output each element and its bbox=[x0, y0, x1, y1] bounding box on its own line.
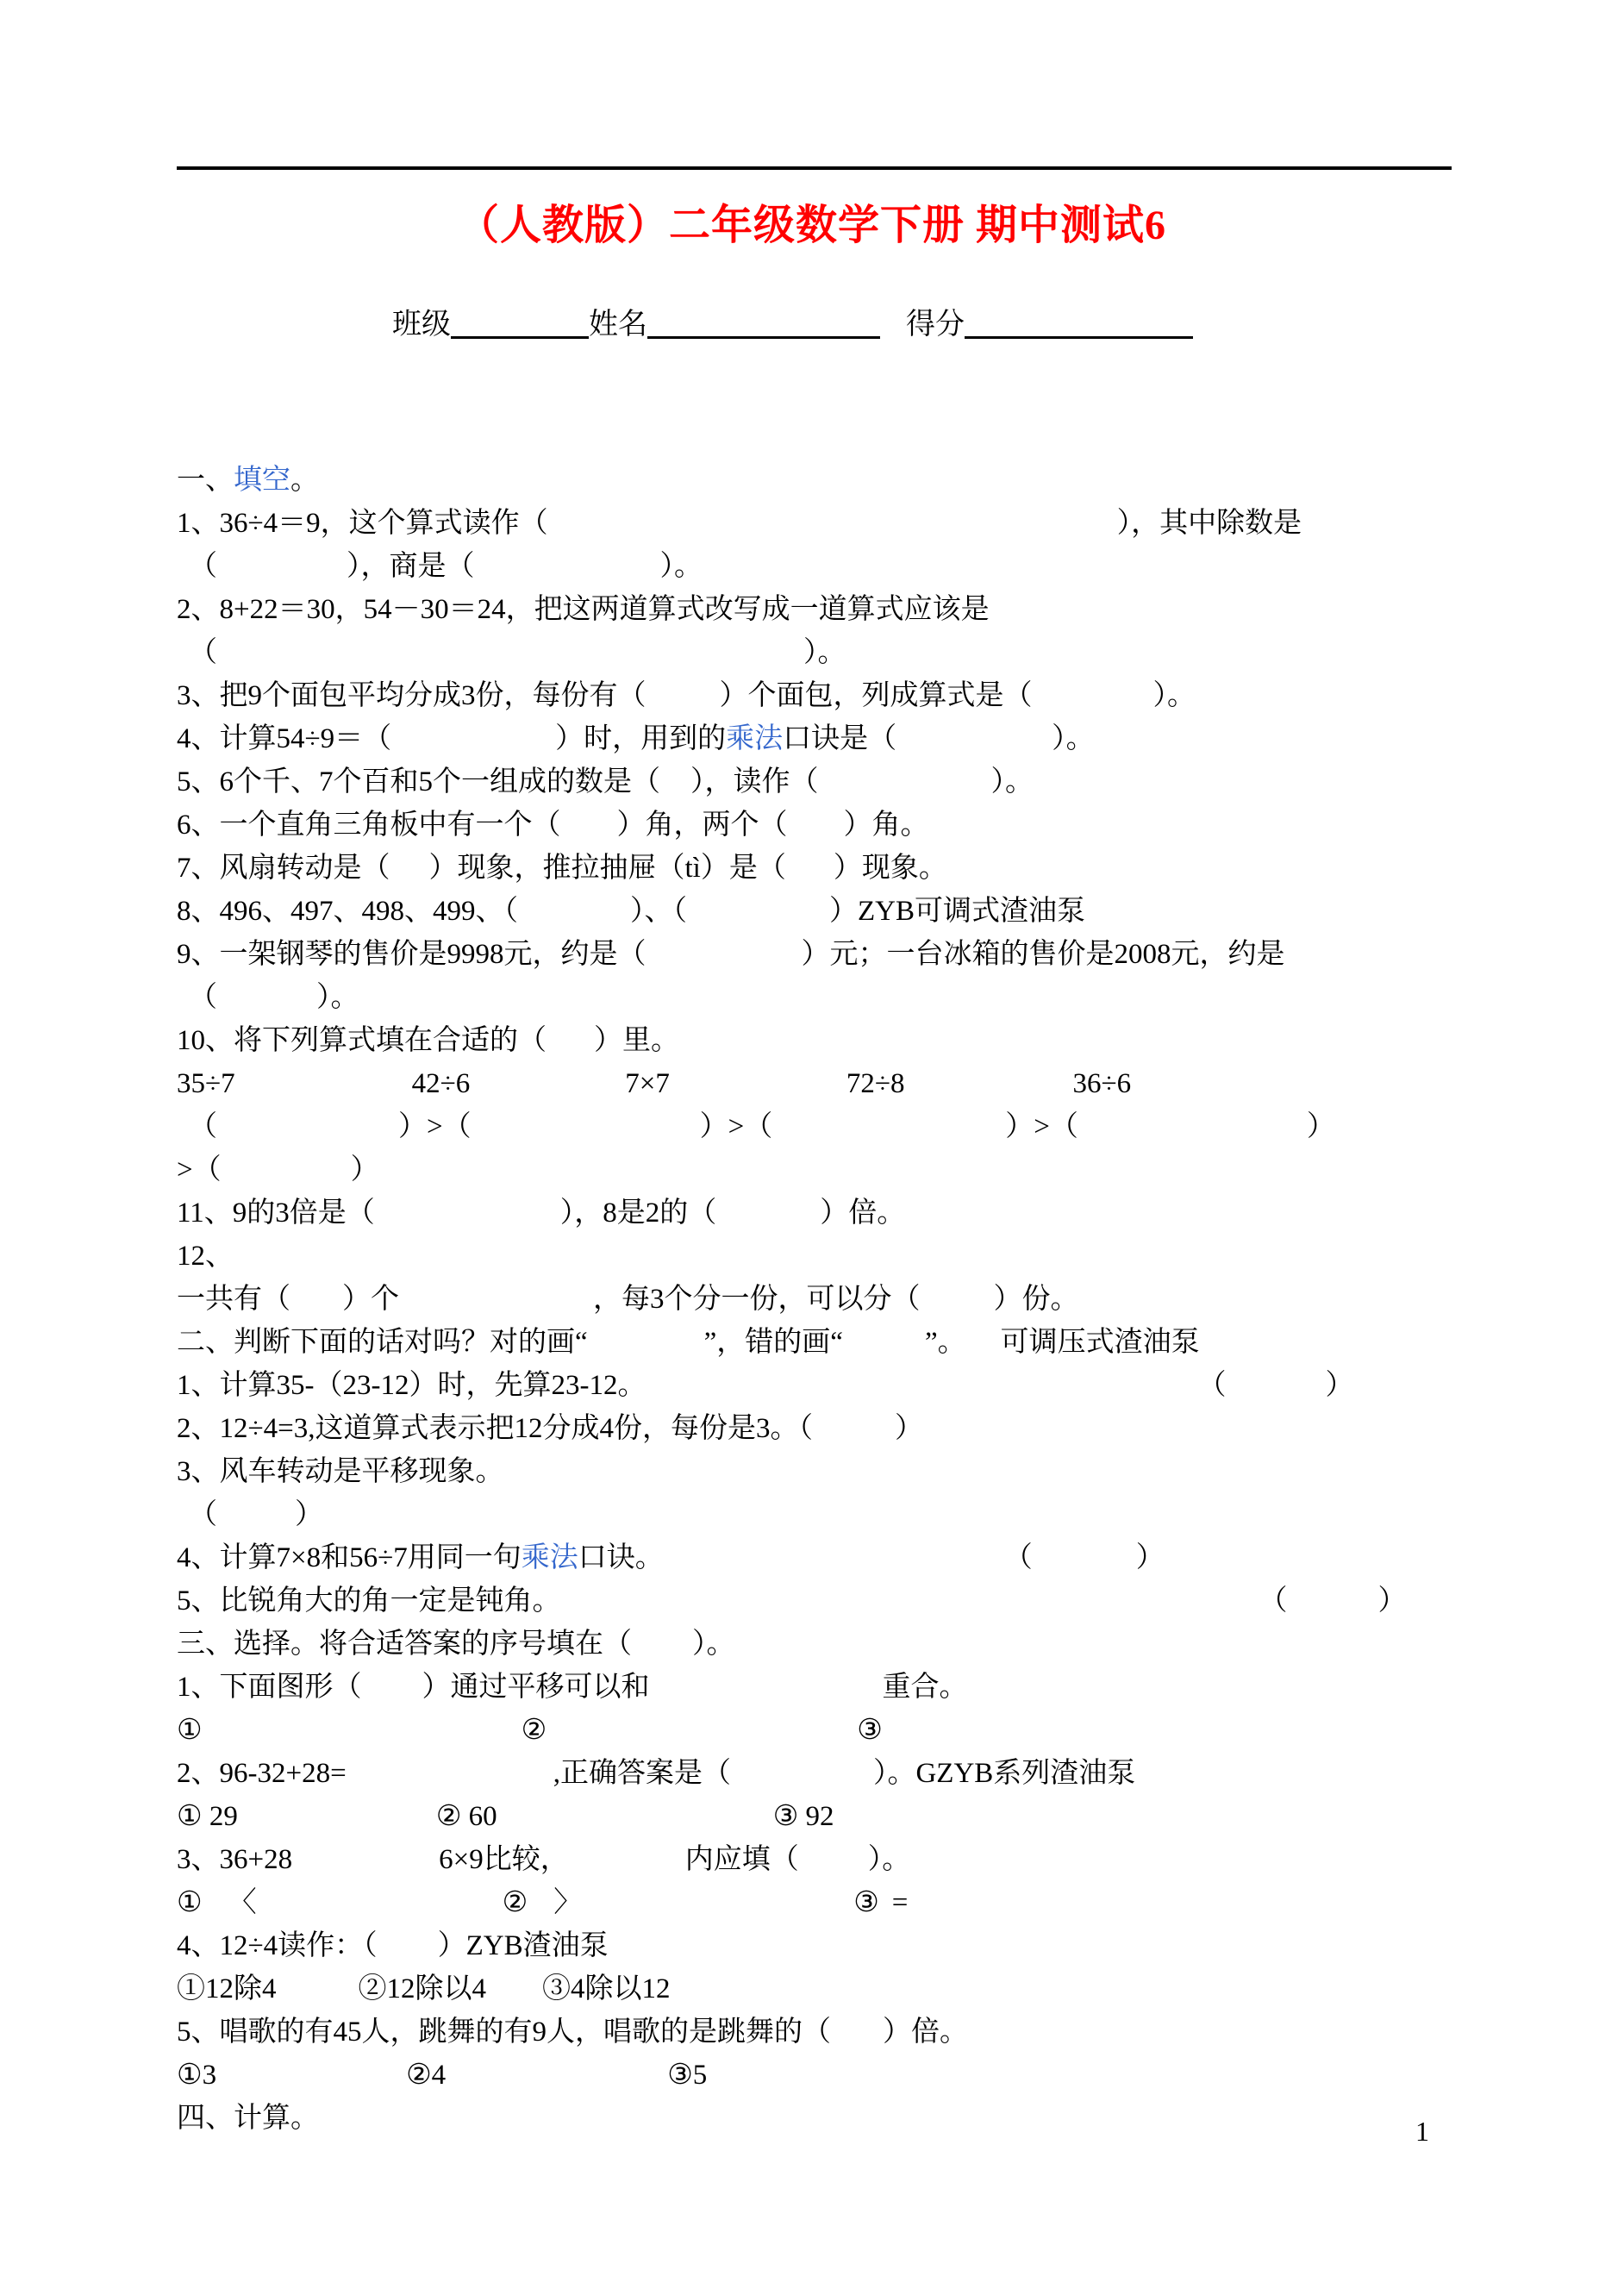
text-run: 4、计算54÷9＝（ bbox=[177, 723, 391, 754]
text-run: 四、计算。 bbox=[177, 2103, 319, 2134]
text-run: ）、（ bbox=[630, 896, 687, 927]
blank-gap bbox=[1033, 1566, 1136, 1566]
blank-gap bbox=[235, 1091, 412, 1092]
blank-gap bbox=[813, 1436, 895, 1437]
s1-q1b: （），商是（）。 bbox=[177, 545, 1521, 588]
s1-q10-ordering2: >（） bbox=[177, 1148, 1521, 1191]
s3-q3-options: ①〈②〉③= bbox=[177, 1881, 1521, 1924]
text-run: ）现象。 bbox=[834, 853, 947, 884]
header-fields: 班级姓名得分 bbox=[392, 300, 1193, 345]
text-run: 5、比锐角大的角一定是钝角。 bbox=[177, 1585, 561, 1617]
highlighted-text: 乘法 bbox=[522, 1542, 578, 1573]
header-field-blank bbox=[647, 300, 880, 339]
text-run: 1、下面图形（ bbox=[177, 1672, 362, 1703]
text-run: ② 60 bbox=[436, 1801, 497, 1832]
text-run: ）。 bbox=[1153, 680, 1196, 711]
page-number: 1 bbox=[1415, 2114, 1429, 2148]
blank-gap bbox=[217, 1005, 316, 1006]
blank-gap bbox=[399, 1307, 593, 1308]
text-run: ）时，用到的 bbox=[555, 723, 726, 754]
text-run: 2、96-32+28= bbox=[177, 1758, 347, 1789]
s3-q2: 2、96-32+28=,正确答案是（）。GZYB系列渣油泵 bbox=[177, 1752, 1521, 1795]
blank-gap bbox=[548, 531, 1117, 532]
blank-gap bbox=[203, 1738, 522, 1739]
text-run: ① bbox=[177, 1715, 203, 1746]
blank-gap bbox=[664, 1566, 1004, 1566]
blank-gap bbox=[879, 1910, 892, 1911]
s3-q5-options: ①3②4③5 bbox=[177, 2054, 1521, 2097]
text-run: ③ bbox=[853, 1887, 879, 1918]
blank-gap bbox=[670, 1091, 846, 1092]
blank-gap bbox=[470, 1091, 625, 1092]
text-run: ）个 bbox=[342, 1284, 399, 1315]
text-run: ）。GZYB系列渣油泵 bbox=[873, 1758, 1135, 1789]
text-run: ），8是2的（ bbox=[560, 1198, 717, 1229]
header-field-label: 姓名 bbox=[589, 309, 647, 341]
text-run: ）。 bbox=[316, 982, 359, 1013]
text-run: ）。 bbox=[692, 1629, 735, 1660]
text-run: ③5 bbox=[667, 2060, 707, 2091]
blank-gap bbox=[497, 1824, 773, 1825]
text-run: 7×7 bbox=[625, 1068, 670, 1099]
text-run: ）。 bbox=[1052, 723, 1095, 754]
text-run: ），读作（ bbox=[690, 766, 819, 797]
text-run: ）ZYB渣油泵 bbox=[438, 1930, 609, 1961]
text-run: ） bbox=[1325, 1370, 1353, 1401]
s1-q4: 4、计算54÷9＝（）时，用到的乘法口诀是（）。 bbox=[177, 717, 1521, 760]
text-run: 二、判断下面的话对吗？对的画“ bbox=[177, 1327, 588, 1358]
blank-gap bbox=[1033, 704, 1153, 704]
blank-gap bbox=[646, 1393, 1197, 1394]
s2-q3: 3、风车转动是平移现象。 bbox=[177, 1450, 1521, 1493]
blank-gap bbox=[1226, 1393, 1325, 1394]
blank-gap bbox=[378, 1954, 438, 1954]
text-run: ）>（ bbox=[1005, 1111, 1078, 1142]
text-run: ② bbox=[503, 1887, 528, 1918]
text-run: 一、 bbox=[177, 465, 234, 496]
blank-gap bbox=[831, 2040, 883, 2041]
blank-gap bbox=[472, 1135, 700, 1135]
text-run: 三、选择。将合适答案的序号填在（ bbox=[177, 1629, 632, 1660]
text-run: 。 bbox=[290, 465, 319, 496]
text-run: ② bbox=[522, 1715, 547, 1746]
s2-q1: 1、计算35-（23-12）时，先算23-12。（） bbox=[177, 1364, 1521, 1407]
blank-gap bbox=[786, 876, 834, 877]
blank-gap bbox=[660, 790, 690, 791]
blank-gap bbox=[375, 1221, 560, 1222]
s1-q10-expressions: 35÷742÷67×772÷836÷6 bbox=[177, 1062, 1521, 1105]
s1-q5: 5、6个千、7个百和5个一组成的数是（），读作（）。 bbox=[177, 760, 1521, 804]
text-run: ）份。 bbox=[994, 1284, 1079, 1315]
text-run: （ bbox=[189, 551, 217, 582]
s1-q11: 11、9的3倍是（），8是2的（）倍。 bbox=[177, 1191, 1521, 1235]
blank-gap bbox=[687, 919, 829, 920]
blank-gap bbox=[391, 747, 555, 747]
text-run: ） bbox=[295, 1499, 323, 1530]
text-run: ）倍。 bbox=[820, 1198, 905, 1229]
text-run: 3、风车转动是平移现象。 bbox=[177, 1456, 504, 1487]
text-run: （ bbox=[189, 637, 217, 668]
text-run: （ bbox=[1197, 1370, 1226, 1401]
section-2-heading: 二、判断下面的话对吗？对的画“”，错的画“”。可调压式渣油泵 bbox=[177, 1321, 1521, 1364]
header-field-blank bbox=[965, 300, 1193, 339]
highlighted-text: 乘法 bbox=[726, 723, 783, 754]
blank-gap bbox=[547, 1048, 594, 1049]
blank-gap bbox=[569, 1867, 685, 1868]
blank-gap bbox=[921, 1307, 994, 1308]
blank-gap bbox=[216, 2083, 406, 2084]
text-run: ）角。 bbox=[844, 810, 929, 841]
blank-gap bbox=[588, 1350, 704, 1351]
text-run: ②12除以4 bbox=[359, 1973, 487, 2004]
text-run: ） bbox=[1307, 1111, 1335, 1142]
s2-q4: 4、计算7×8和56÷7用同一句乘法口诀。（） bbox=[177, 1536, 1521, 1579]
blank-gap bbox=[1288, 1609, 1378, 1610]
text-run: ②4 bbox=[406, 2060, 446, 2091]
blank-gap bbox=[528, 1910, 553, 1911]
blank-gap bbox=[788, 833, 844, 834]
s3-q4-options: ①12除4②12除以4③4除以12 bbox=[177, 1967, 1521, 2010]
text-run: 口诀是（ bbox=[783, 723, 896, 754]
highlighted-text: 填空 bbox=[234, 465, 290, 496]
text-run: >（ bbox=[177, 1154, 222, 1185]
text-run: （ bbox=[189, 982, 217, 1013]
text-run: ③ 92 bbox=[773, 1801, 834, 1832]
text-run: 5、6个千、7个百和5个一组成的数是（ bbox=[177, 766, 660, 797]
text-run: （ bbox=[1259, 1585, 1288, 1617]
text-run: = bbox=[892, 1887, 909, 1918]
text-run: 6、一个直角三角板中有一个（ bbox=[177, 810, 561, 841]
text-run: 可调压式渣油泵 bbox=[1001, 1327, 1200, 1358]
text-run: ①3 bbox=[177, 2060, 216, 2091]
s3-q2-options: ① 29② 60③ 92 bbox=[177, 1795, 1521, 1838]
text-run: ），其中除数是 bbox=[1117, 508, 1302, 539]
text-run: 〈 bbox=[228, 1887, 257, 1918]
text-run: 11、9的3倍是（ bbox=[177, 1198, 375, 1229]
text-run: 72÷8 bbox=[846, 1068, 905, 1099]
blank-gap bbox=[632, 1652, 692, 1653]
text-run: 4、计算7×8和56÷7用同一句 bbox=[177, 1542, 522, 1573]
text-run: ③4除以12 bbox=[542, 1973, 671, 2004]
blank-gap bbox=[277, 1997, 359, 1998]
s1-q2b: （）。 bbox=[177, 631, 1521, 674]
text-run: 4、12÷4读作：（ bbox=[177, 1930, 378, 1961]
text-run: 5、唱歌的有45人，跳舞的有9人，唱歌的是跳舞的（ bbox=[177, 2017, 831, 2048]
s1-q9b: （）。 bbox=[177, 976, 1521, 1019]
text-run: 12、 bbox=[177, 1241, 234, 1272]
blank-gap bbox=[716, 1221, 820, 1222]
text-run: 〉 bbox=[553, 1887, 582, 1918]
blank-gap bbox=[390, 876, 429, 877]
s2-q3b: （） bbox=[177, 1493, 1521, 1536]
blank-gap bbox=[582, 1910, 853, 1911]
section-1-heading: 一、填空。 bbox=[177, 459, 1521, 502]
blank-gap bbox=[646, 704, 720, 704]
blank-gap bbox=[292, 1867, 439, 1868]
text-run: ）元；一台冰箱的售价是2008元，约是 bbox=[802, 939, 1285, 970]
header-field-label: 班级 bbox=[392, 309, 451, 341]
blank-gap bbox=[203, 1910, 228, 1911]
blank-gap bbox=[290, 1307, 342, 1308]
blank-gap bbox=[819, 790, 991, 791]
blank-gap bbox=[217, 1135, 398, 1135]
text-run: ）角，两个（ bbox=[617, 810, 788, 841]
s3-q4: 4、12÷4读作：（）ZYB渣油泵 bbox=[177, 1924, 1521, 1967]
blank-gap bbox=[650, 1695, 883, 1696]
blank-gap bbox=[446, 2083, 667, 2084]
text-run: ）倍。 bbox=[883, 2017, 968, 2048]
s2-q2: 2、12÷4=3,这道算式表示把12分成4份，每份是3。（） bbox=[177, 1407, 1521, 1450]
s1-q9: 9、一架钢琴的售价是9998元，约是（）元；一台冰箱的售价是2008元，约是 bbox=[177, 933, 1521, 976]
text-run: ，每3个分一份，可以分（ bbox=[593, 1284, 921, 1315]
text-run: 9、一架钢琴的售价是9998元，约是（ bbox=[177, 939, 646, 970]
text-run: ）个面包，列成算式是（ bbox=[720, 680, 1033, 711]
text-run: ）。 bbox=[991, 766, 1034, 797]
s1-q1: 1、36÷4＝9，这个算式读作（），其中除数是 bbox=[177, 502, 1521, 545]
s1-q7: 7、风扇转动是（）现象，推拉抽屉（tì）是（）现象。 bbox=[177, 847, 1521, 890]
s1-q2: 2、8+22＝30，54－30＝24，把这两道算式改写成一道算式应该是 bbox=[177, 588, 1521, 631]
s3-q3: 3、36+286×9比较，内应填（）。 bbox=[177, 1838, 1521, 1881]
text-run: ① 29 bbox=[177, 1801, 238, 1832]
text-run: 一共有（ bbox=[177, 1284, 290, 1315]
s1-q12b: 一共有（）个，每3个分一份，可以分（）份。 bbox=[177, 1278, 1521, 1321]
blank-gap bbox=[731, 1781, 873, 1782]
text-run: （ bbox=[189, 1111, 217, 1142]
text-run: ,正确答案是（ bbox=[553, 1758, 731, 1789]
text-run: 1、计算35-（23-12）时，先算23-12。 bbox=[177, 1370, 646, 1401]
text-run: ）。 bbox=[803, 637, 846, 668]
text-run: ①12除4 bbox=[177, 1973, 277, 2004]
blank-gap bbox=[217, 1523, 295, 1523]
s1-q10-ordering: （）>（）>（）>（） bbox=[177, 1105, 1521, 1148]
text-run: 1、36÷4＝9，这个算式读作（ bbox=[177, 508, 548, 539]
blank-gap bbox=[238, 1824, 436, 1825]
s3-q1: 1、下面图形（）通过平移可以和重合。 bbox=[177, 1666, 1521, 1709]
text-run: 3、把9个面包平均分成3份，每份有（ bbox=[177, 680, 646, 711]
text-run: 2、12÷4=3,这道算式表示把12分成4份，每份是3。（ bbox=[177, 1413, 813, 1444]
section-4-heading: 四、计算。 bbox=[177, 2097, 1521, 2140]
text-run: （ bbox=[189, 1499, 217, 1530]
text-run: 内应填（ bbox=[685, 1844, 799, 1875]
s1-q8: 8、496、497、498、499、（）、（）ZYB可调式渣油泵 bbox=[177, 890, 1521, 933]
s3-q1-options: ①②③ bbox=[177, 1709, 1521, 1752]
worksheet-page: （人教版）二年级数学下册 期中测试6 班级姓名得分 一、填空。1、36÷4＝9，… bbox=[0, 0, 1624, 2295]
text-run: 口诀。 bbox=[578, 1542, 664, 1573]
text-run: 3、36+28 bbox=[177, 1844, 292, 1875]
text-run: 10、将下列算式填在合适的（ bbox=[177, 1025, 547, 1056]
text-run: ）>（ bbox=[398, 1111, 472, 1142]
text-run: （ bbox=[1004, 1542, 1033, 1573]
s1-q6: 6、一个直角三角板中有一个（）角，两个（）角。 bbox=[177, 804, 1521, 847]
text-run: ） bbox=[351, 1154, 379, 1185]
blank-gap bbox=[518, 919, 630, 920]
text-run: ）。 bbox=[868, 1844, 911, 1875]
blank-gap bbox=[217, 660, 803, 661]
text-run: ）>（ bbox=[700, 1111, 773, 1142]
section-3-heading: 三、选择。将合适答案的序号填在（）。 bbox=[177, 1623, 1521, 1666]
text-run: ） bbox=[1378, 1585, 1407, 1617]
blank-gap bbox=[646, 962, 802, 963]
text-run: 36÷6 bbox=[1073, 1068, 1132, 1099]
text-run: 6×9比较， bbox=[439, 1844, 569, 1875]
text-run: 35÷7 bbox=[177, 1068, 235, 1099]
text-run: 2、8+22＝30，54－30＝24，把这两道算式改写成一道算式应该是 bbox=[177, 594, 990, 625]
header-field-label: 得分 bbox=[906, 309, 965, 341]
text-run: ）ZYB可调式渣油泵 bbox=[829, 896, 1085, 927]
text-run: ”。 bbox=[925, 1327, 966, 1358]
text-run: 7、风扇转动是（ bbox=[177, 853, 390, 884]
blank-gap bbox=[475, 574, 660, 575]
text-run: ）现象，推拉抽屉（tì）是（ bbox=[429, 853, 786, 884]
text-run: 42÷6 bbox=[412, 1068, 471, 1099]
blank-gap bbox=[217, 574, 347, 575]
text-run: ③ bbox=[857, 1715, 883, 1746]
header-rule bbox=[177, 166, 1452, 170]
blank-gap bbox=[905, 1091, 1073, 1092]
blank-gap bbox=[547, 1738, 857, 1739]
blank-gap bbox=[486, 1997, 542, 1998]
s1-q3: 3、把9个面包平均分成3份，每份有（）个面包，列成算式是（）。 bbox=[177, 674, 1521, 717]
text-run: ） bbox=[1136, 1542, 1165, 1573]
header-field-blank bbox=[451, 300, 589, 339]
blank-gap bbox=[896, 747, 1052, 747]
s2-q5: 5、比锐角大的角一定是钝角。（） bbox=[177, 1579, 1521, 1623]
blank-gap bbox=[347, 1781, 553, 1782]
blank-gap bbox=[222, 1178, 351, 1179]
document-lines: 一、填空。1、36÷4＝9，这个算式读作（），其中除数是（），商是（）。2、8+… bbox=[177, 459, 1521, 2140]
text-run: 重合。 bbox=[883, 1672, 968, 1703]
document-title: （人教版）二年级数学下册 期中测试6 bbox=[0, 191, 1624, 251]
text-run: ）。 bbox=[660, 551, 703, 582]
blank-gap bbox=[799, 1867, 868, 1868]
s3-q5: 5、唱歌的有45人，跳舞的有9人，唱歌的是跳舞的（）倍。 bbox=[177, 2010, 1521, 2054]
blank-gap bbox=[1078, 1135, 1307, 1135]
blank-gap bbox=[561, 1609, 1259, 1610]
blank-gap bbox=[257, 1910, 503, 1911]
blank-gap bbox=[772, 1135, 1005, 1135]
text-run: ）里。 bbox=[594, 1025, 679, 1056]
text-run: ） bbox=[895, 1413, 923, 1444]
blank-gap bbox=[843, 1350, 925, 1351]
blank-gap bbox=[966, 1350, 1001, 1351]
text-run: ① bbox=[177, 1887, 203, 1918]
s1-q10: 10、将下列算式填在合适的（）里。 bbox=[177, 1019, 1521, 1062]
blank-gap bbox=[362, 1695, 422, 1696]
text-run: ），商是（ bbox=[347, 551, 475, 582]
text-run: ）通过平移可以和 bbox=[422, 1672, 650, 1703]
text-run: ”，错的画“ bbox=[704, 1327, 843, 1358]
s1-q12: 12、 bbox=[177, 1235, 1521, 1278]
blank-gap bbox=[561, 833, 617, 834]
text-run: 8、496、497、498、499、（ bbox=[177, 896, 518, 927]
